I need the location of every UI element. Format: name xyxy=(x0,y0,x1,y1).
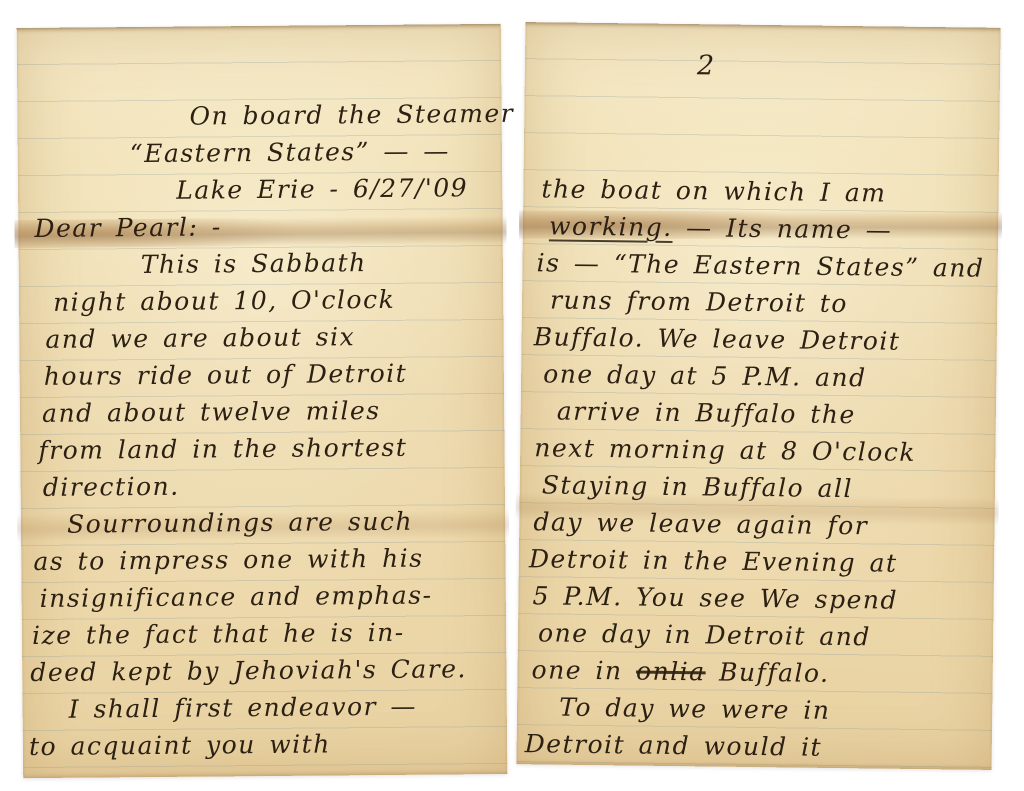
crossed-out-word: onlia xyxy=(636,657,706,687)
letter-scan: On board the Steamer — “Eastern States” … xyxy=(0,0,1024,791)
handwritten-line: one day in Detroit and xyxy=(518,614,993,657)
page-2-text: the boat on which I am working. — Its na… xyxy=(516,22,1000,770)
line-text: Buffalo. xyxy=(705,657,829,688)
handwritten-line: On board the Steamer — xyxy=(17,95,501,136)
handwritten-line: Sourroundings are such xyxy=(21,502,505,543)
handwritten-line: Buffalo. We leave Detroit xyxy=(521,318,996,361)
handwritten-line: I shall first endeavor — xyxy=(23,687,507,728)
handwritten-line: one day at 5 P.M. and xyxy=(521,355,996,398)
handwritten-line: hours ride out of Detroit xyxy=(20,354,504,395)
handwritten-line: to acquaint you with xyxy=(23,724,507,765)
handwritten-line: direction. xyxy=(21,465,505,506)
handwritten-line: insignificance and emphas- xyxy=(22,576,506,617)
handwritten-line: Detroit in the Evening at xyxy=(519,540,994,583)
handwritten-line: Staying in Buffalo all xyxy=(520,466,995,509)
line-text: — Its name — xyxy=(672,213,892,245)
handwritten-line: is — “The Eastern States” and xyxy=(522,244,997,287)
handwritten-line: from land in the shortest xyxy=(20,428,504,469)
handwritten-line: and about twelve miles xyxy=(20,391,504,432)
handwritten-line: next morning at 8 O'clock xyxy=(520,429,995,472)
handwritten-line: arrive in Buffalo the xyxy=(521,392,996,435)
handwritten-line: night about 10, O'clock xyxy=(19,280,503,321)
handwritten-line: working. — Its name — xyxy=(523,207,998,250)
handwritten-line: Dear Pearl: - xyxy=(18,206,502,247)
handwritten-line: one in onlia Buffalo. xyxy=(517,651,992,694)
handwritten-line: deed kept by Jehoviah's Care. xyxy=(22,650,506,691)
letter-page-1: On board the Steamer — “Eastern States” … xyxy=(17,24,508,778)
letter-page-2: 2 the boat on which I am working. — Its … xyxy=(516,22,1000,770)
handwritten-line: ize the fact that he is in- xyxy=(22,613,506,654)
handwritten-line: “Eastern States” — — xyxy=(18,132,502,173)
handwritten-line: 5 P.M. You see We spend xyxy=(518,577,993,620)
handwritten-line: Detroit and would it xyxy=(517,725,992,768)
handwritten-line: as to impress one with his xyxy=(21,539,505,580)
handwritten-line: This is Sabbath xyxy=(19,243,503,284)
handwritten-line: the boat on which I am xyxy=(523,170,998,213)
line-text: one in xyxy=(531,655,636,685)
handwritten-line: Lake Erie - 6/27/'09 xyxy=(18,169,502,210)
handwritten-line: runs from Detroit to xyxy=(522,281,997,324)
handwritten-line: and we are about six xyxy=(19,317,503,358)
underlined-word: working. xyxy=(549,211,673,242)
handwritten-line: day we leave again for xyxy=(519,503,994,546)
handwritten-line: To day we were in xyxy=(517,688,992,731)
page-1-text: On board the Steamer — “Eastern States” … xyxy=(17,24,508,778)
